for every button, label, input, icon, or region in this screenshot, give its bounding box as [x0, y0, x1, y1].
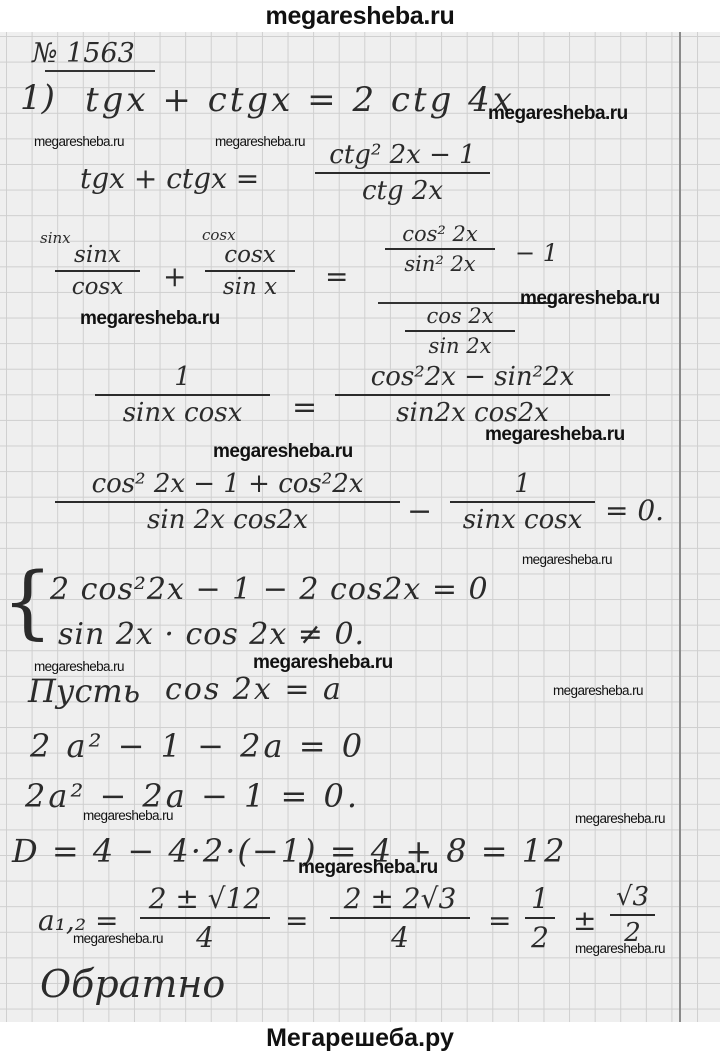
denominator: sin² 2x [385, 252, 495, 276]
denominator: 2 [525, 921, 555, 954]
graph-paper-page: № 1563 1) tgx + ctgx = 2 ctg 4x tgx + ct… [0, 32, 720, 1022]
main-equation: tgx + ctgx = 2 ctg 4x [85, 80, 515, 120]
roots-fraction-2: 2 ± 2√3 4 [330, 882, 470, 954]
step2-denominator-fraction: cos 2x sin 2x [405, 304, 515, 358]
plus-minus: ± [573, 904, 596, 937]
numerator: 1 [95, 362, 270, 392]
numerator: cos² 2x [385, 222, 495, 246]
plus-sign: + [163, 260, 186, 293]
substitution-word: Пусть [28, 672, 140, 710]
step1-lhs: tgx + ctgx = [80, 162, 259, 195]
roots-fraction-4: √3 2 [610, 882, 655, 948]
fraction-bar [95, 394, 270, 396]
numerator: 1 [450, 469, 595, 499]
system-line-1: 2 cos²2x − 1 − 2 cos2x = 0 [50, 572, 489, 607]
system-brace: { [2, 562, 53, 642]
fraction-bar [55, 270, 140, 272]
equals-sign: = [488, 904, 511, 937]
numerator: cos²2x − sin²2x [335, 362, 610, 392]
equals-sign: = [285, 904, 308, 937]
watermark: megaresheba.ru [83, 808, 173, 823]
fraction-bar [405, 330, 515, 332]
fraction-bar [525, 917, 555, 919]
numerator: 1 [525, 882, 555, 915]
watermark: megaresheba.ru [520, 288, 660, 310]
discriminant: D = 4 − 4·2·(−1) = 4 + 8 = 12 [12, 832, 566, 870]
step4-fraction-1: cos² 2x − 1 + cos²2x sin 2x cos2x [55, 469, 400, 535]
watermark: megaresheba.ru [213, 441, 353, 463]
numerator: cos² 2x − 1 + cos²2x [55, 469, 400, 499]
site-header: megaresheba.ru [0, 0, 720, 32]
fraction-bar [610, 914, 655, 916]
numerator: sinx [55, 242, 140, 268]
watermark: megaresheba.ru [488, 103, 628, 125]
watermark: megaresheba.ru [298, 857, 438, 879]
watermark: megaresheba.ru [485, 424, 625, 446]
fraction-bar [330, 917, 470, 919]
quadratic-2: 2a² − 2a − 1 = 0. [25, 777, 360, 815]
watermark: megaresheba.ru [553, 683, 643, 698]
step4-fraction-2: 1 sinx cosx [450, 469, 595, 535]
problem-number: № 1563 [32, 38, 135, 69]
minus-sign: − [407, 494, 432, 529]
denominator: sin 2x [405, 334, 515, 358]
denominator: 4 [330, 921, 470, 954]
closing-word: Обратно [40, 962, 225, 1006]
watermark: megaresheba.ru [80, 308, 220, 330]
denominator: sin 2x cos2x [55, 505, 400, 535]
numerator: √3 [610, 882, 655, 912]
roots-fraction-3: 1 2 [525, 882, 555, 954]
watermark: megaresheba.ru [73, 931, 163, 946]
step1-numerator: ctg² 2x − 1 [315, 140, 490, 170]
fraction-bar [55, 501, 400, 503]
fraction-bar [315, 172, 490, 174]
watermark: megaresheba.ru [253, 652, 393, 674]
equals-sign: = [325, 260, 348, 293]
minus-one: − 1 [515, 239, 558, 267]
watermark: megaresheba.ru [34, 134, 124, 149]
denominator: sin x [205, 274, 295, 300]
denominator: sinx cosx [450, 505, 595, 535]
fraction-bar [385, 248, 495, 250]
denominator: sinx cosx [95, 398, 270, 428]
fraction-bar [140, 917, 270, 919]
fraction-bar [335, 394, 610, 396]
numerator: cos 2x [405, 304, 515, 328]
substitution-expr: cos 2x = a [165, 672, 343, 707]
system-line-2: sin 2x · cos 2x ≠ 0. [58, 617, 365, 652]
step3-right-fraction: cos²2x − sin²2x sin2x cos2x [335, 362, 610, 428]
step1-denominator: ctg 2x [315, 176, 490, 206]
step1-fraction: ctg² 2x − 1 ctg 2x [315, 140, 490, 206]
step3-left-fraction: 1 sinx cosx [95, 362, 270, 428]
equals-sign: = [292, 390, 317, 425]
step2-fraction-2: cosx sin x [205, 242, 295, 300]
numerator: 2 ± 2√3 [330, 882, 470, 915]
numerator: 2 ± √12 [140, 882, 270, 915]
watermark: megaresheba.ru [215, 134, 305, 149]
part-label: 1) [20, 78, 55, 118]
site-footer: Мегарешеба.ру [0, 1022, 720, 1055]
problem-number-underline [45, 70, 155, 72]
fraction-bar [450, 501, 595, 503]
fraction-bar [205, 270, 295, 272]
quadratic-1: 2 a² − 1 − 2a = 0 [30, 727, 365, 765]
step2-inner-fraction: cos² 2x sin² 2x [385, 222, 495, 276]
margin-line [679, 32, 681, 1022]
watermark: megaresheba.ru [34, 659, 124, 674]
watermark: megaresheba.ru [575, 811, 665, 826]
numerator: cosx [205, 242, 295, 268]
equals-zero: = 0. [605, 494, 664, 527]
step2-fraction-1: sinx cosx [55, 242, 140, 300]
denominator: cosx [55, 274, 140, 300]
watermark: megaresheba.ru [575, 941, 665, 956]
watermark: megaresheba.ru [522, 552, 612, 567]
